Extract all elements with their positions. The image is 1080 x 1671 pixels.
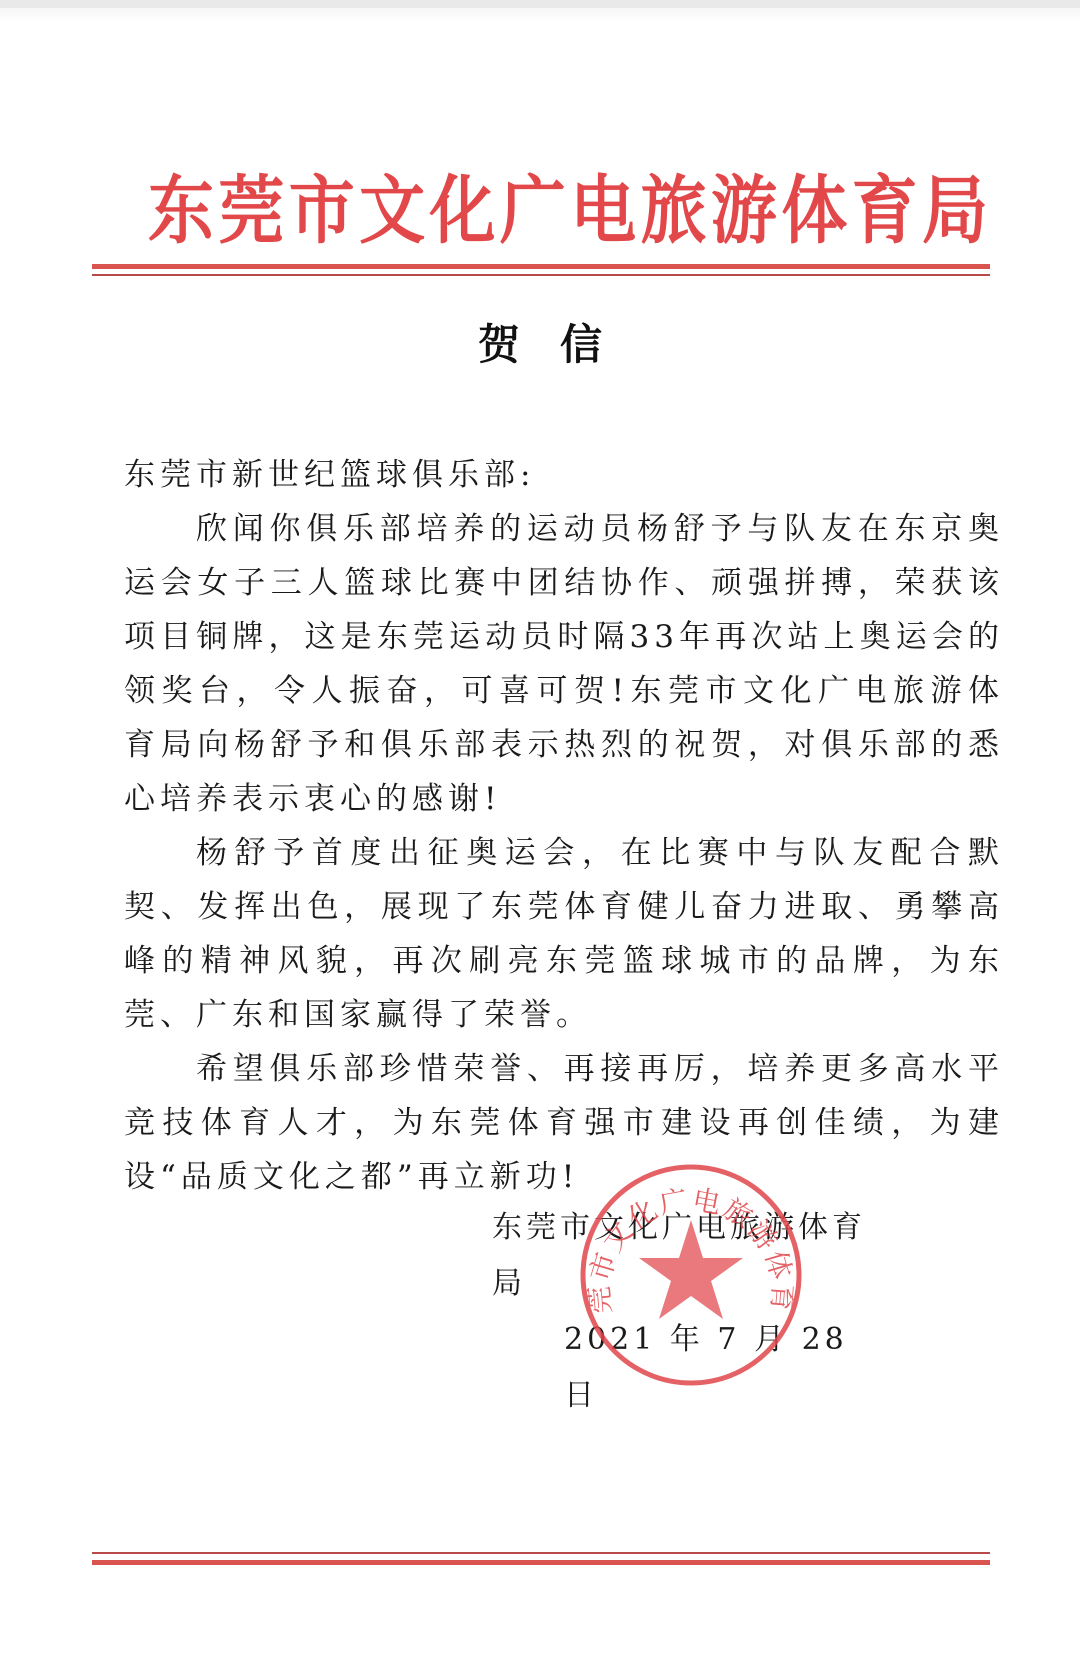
letterhead-char: 文 — [359, 165, 425, 255]
signature-date: 2021 年 7 月 28 日 — [492, 1312, 872, 1424]
letterhead-char: 电 — [570, 165, 636, 255]
signature-block: 东莞市文化广电旅游体育局 2021 年 7 月 28 日 — [492, 1200, 872, 1424]
letterhead-title: 东 莞 市 文 化 广 电 旅 游 体 育 局 — [148, 170, 988, 250]
signature-organization: 东莞市文化广电旅游体育局 — [492, 1210, 866, 1301]
document-title: 贺信 — [0, 318, 1080, 372]
top-edge-shadow — [0, 8, 1080, 22]
header-rule-thin — [92, 274, 990, 276]
letterhead-char: 育 — [852, 165, 918, 255]
letterhead-char: 局 — [922, 165, 988, 255]
letterhead-char: 旅 — [641, 165, 707, 255]
letter-body: 东莞市新世纪篮球俱乐部: 欣闻你俱乐部培养的运动员杨舒予与队友在东京奥运会女子三… — [124, 448, 1004, 1204]
paragraph: 希望俱乐部珍惜荣誉、再接再厉，培养更多高水平竞技体育人才，为东莞体育强市建设再创… — [124, 1042, 1004, 1204]
letterhead-char: 化 — [429, 165, 495, 255]
footer-rule-thick — [92, 1560, 990, 1565]
top-edge-strip — [0, 0, 1080, 8]
letterhead-char: 莞 — [218, 165, 284, 255]
header-rule-thick — [92, 264, 990, 269]
salutation: 东莞市新世纪篮球俱乐部: — [124, 448, 1004, 502]
letterhead-char: 游 — [711, 165, 777, 255]
letterhead-char: 东 — [148, 165, 214, 255]
letterhead-char: 广 — [500, 165, 566, 255]
footer-rule-thin — [92, 1552, 990, 1554]
letterhead-char: 体 — [781, 165, 847, 255]
paragraph: 欣闻你俱乐部培养的运动员杨舒予与队友在东京奥运会女子三人篮球比赛中团结协作、顽强… — [124, 502, 1004, 826]
letterhead-char: 市 — [289, 165, 355, 255]
paragraph: 杨舒予首度出征奥运会，在比赛中与队友配合默契、发挥出色，展现了东莞体育健儿奋力进… — [124, 826, 1004, 1042]
